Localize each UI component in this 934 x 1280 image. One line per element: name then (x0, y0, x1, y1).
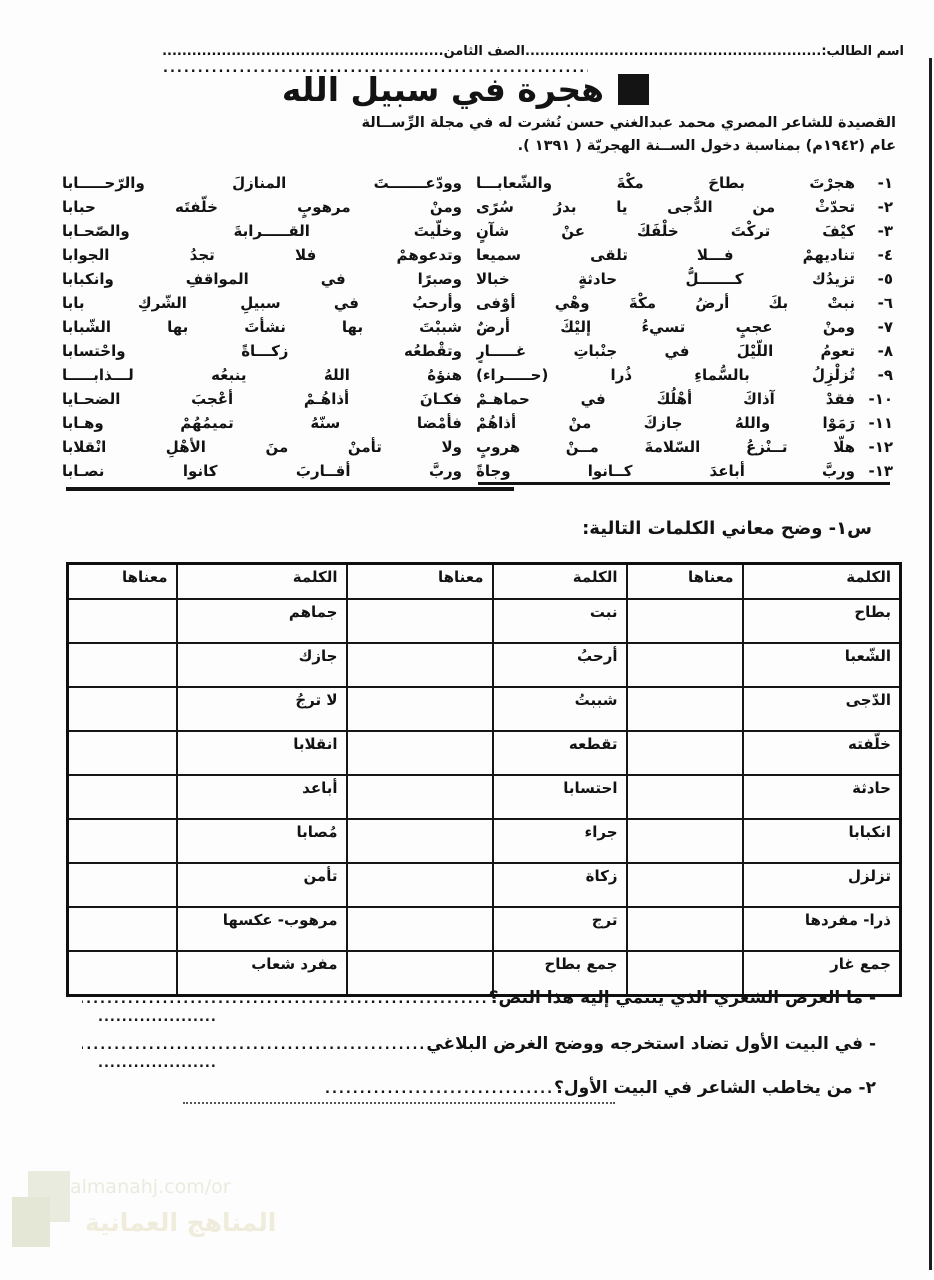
verse-first-half: تزيدُك كـــــــلُّ حادثةٍ خبالا (476, 270, 855, 288)
question-antithesis: - في البيت الأول تضاد استخرجه ووضح الغرض… (82, 1034, 876, 1054)
verse-first-half: كيْفَ تركْتَ خلْفَكَ عنْ شآنٍ (476, 222, 855, 240)
verse-row: وخلّيتَ القـــــرابةَ والصّحـابا (62, 219, 462, 243)
verse-number: ٨- (855, 342, 893, 360)
meaning-cell-empty (627, 687, 743, 731)
meaning-cell-empty (627, 731, 743, 775)
verse-row: ٨-تعومُ اللّيْلَ في جنْباتِ غـــــارٍ (476, 339, 893, 363)
question-poetic-purpose: - ما الغرض الشعري الذي ينتمي إليه هذا ال… (82, 988, 876, 1008)
table-row: تزلزل زكاة تأمن (68, 863, 901, 907)
meaning-cell-empty (347, 687, 493, 731)
verse-row: وربَّ أقــاربَ كانوا نصـابا (62, 459, 462, 483)
word-cell: انقلابا (177, 731, 347, 775)
verse-row: ٦-نبتْ بكَ أرضُ مكْةَ وهْي أوْفى (476, 291, 893, 315)
verse-row: ولا تأمنْ منَ الأهْلِ انْقلابا (62, 435, 462, 459)
verse-row: ١٢-هلّا تــنْزعُ السّلامةَ مــنْ هروبٍ (476, 435, 893, 459)
column-header-word: الكلمة (493, 564, 627, 600)
class-dotted-line: ........................................… (162, 44, 444, 59)
verse-row: ١٣-وربَّ أباعدَ كــانوا وجاةً (476, 459, 893, 483)
verse-row: هنؤهُ اللهُ ينبعُه لـــذابـــــا (62, 363, 462, 387)
table-row: انكبابا جراء مُصابا (68, 819, 901, 863)
verse-row: شببْتَ بها نشأتَ بها الشّبابا (62, 315, 462, 339)
question-text: ٢- من يخاطب الشاعر في البيت الأول؟ (554, 1078, 876, 1098)
word-cell: تقطعه (493, 731, 627, 775)
meaning-cell-empty (347, 907, 493, 951)
word-cell: شببتُ (493, 687, 627, 731)
verse-number: ٧- (855, 318, 893, 336)
verse-second-half: فكـانَ أذاهُـمْ أعْجبَ الضحـايا (62, 390, 462, 408)
verse-second-half: ومنْ مرهوبٍ خلّفتَه حبابا (62, 198, 462, 216)
meaning-cell-empty (68, 731, 177, 775)
table-row: الشّعبا أرحبُ جازك (68, 643, 901, 687)
verse-number: ٣- (855, 222, 893, 240)
verse-first-half: تناديهمْ فـــلا تلقى سميعا (476, 246, 855, 264)
student-name-dotted-line: ........................................… (525, 44, 821, 59)
verse-row: وصبرًا في المواقفِ وانكبابا (62, 267, 462, 291)
column-header-word: الكلمة (743, 564, 901, 600)
meaning-cell-empty (627, 863, 743, 907)
verse-second-half: شببْتَ بها نشأتَ بها الشّبابا (62, 318, 462, 336)
word-cell: جماهم (177, 599, 347, 643)
meaning-cell-empty (347, 731, 493, 775)
word-cell: جازك (177, 643, 347, 687)
verse-row: فكـانَ أذاهُـمْ أعْجبَ الضحـايا (62, 387, 462, 411)
verse-first-half: ومنْ عجبٍ تسيءُ إليْكَ أرضٌ (476, 318, 855, 336)
verse-row: ٥-تزيدُك كـــــــلُّ حادثةٍ خبالا (476, 267, 893, 291)
meaning-cell-empty (347, 819, 493, 863)
poem-first-hemistichs: ١-هجرْتَ بطاحَ مكْةَ والشّعابـــا ٢-تحدّ… (476, 171, 893, 483)
word-cell: احتسابا (493, 775, 627, 819)
verse-row: ٢-تحدّثْ من الدُّجى يا بدرُ سُرًى (476, 195, 893, 219)
verse-first-half: وربَّ أباعدَ كــانوا وجاةً (476, 462, 855, 480)
word-cell: جراء (493, 819, 627, 863)
verse-row: ١٠-فقدْ آذاكَ أهْلُكَ في حماهـمْ (476, 387, 893, 411)
verse-number: ٥- (855, 270, 893, 288)
verse-row: وتقْطعُه زكـــاةً واحْتسابا (62, 339, 462, 363)
answer-dotted-line-continuation: ...................... (98, 1056, 216, 1071)
meaning-cell-empty (627, 819, 743, 863)
word-cell: تأمن (177, 863, 347, 907)
meaning-cell-empty (347, 599, 493, 643)
table-header-row: الكلمة معناها الكلمة معناها الكلمة معناه… (68, 564, 901, 600)
verse-number: ١٣- (855, 462, 893, 480)
verse-second-half: هنؤهُ اللهُ ينبعُه لـــذابـــــا (62, 366, 462, 384)
verse-number: ٩- (855, 366, 893, 384)
student-name-label: اسم الطالب: (821, 44, 904, 59)
verse-second-half: وأرحبُ في سبيلِ الشّركِ بابا (62, 294, 462, 312)
poem-second-hemistichs: وودّعـــــــتَ المنازلَ والرّحـــــابا و… (62, 171, 462, 483)
verse-row: ١١-رَمَوْا واللهُ جازكَ منْ أذاهُمْ (476, 411, 893, 435)
worksheet-page: اسم الطالب:.............................… (0, 0, 934, 1280)
header-fields: اسم الطالب:.............................… (162, 44, 904, 59)
word-cell: بطاح (743, 599, 901, 643)
verse-number: ١٢- (855, 438, 893, 456)
scan-edge-line (929, 58, 932, 1270)
page-title: هجرة في سبيل الله (282, 70, 604, 109)
table-row: حادثة احتسابا أباعد (68, 775, 901, 819)
verse-row: ٩-تُزلْزِلُ بالسُّماءِ ذُرا (حـــــراء) (476, 363, 893, 387)
verse-number: ٤- (855, 246, 893, 264)
meaning-cell-empty (347, 643, 493, 687)
word-cell: ترج (493, 907, 627, 951)
verse-second-half: ولا تأمنْ منَ الأهْلِ انْقلابا (62, 438, 462, 456)
poem-underline-right (478, 482, 890, 485)
verse-first-half: فقدْ آذاكَ أهْلُكَ في حماهـمْ (476, 390, 855, 408)
meaning-cell-empty (627, 599, 743, 643)
verse-second-half: وخلّيتَ القـــــرابةَ والصّحـابا (62, 222, 462, 240)
class-label: الصف الثامن (444, 44, 525, 59)
meaning-cell-empty (68, 643, 177, 687)
word-cell: أباعد (177, 775, 347, 819)
word-cell: نبت (493, 599, 627, 643)
vocabulary-question-label: س١- وضح معاني الكلمات التالية: (582, 518, 872, 539)
table-row: ذرا- مفردها ترج مرهوب- عكسها (68, 907, 901, 951)
word-cell: الشّعبا (743, 643, 901, 687)
answer-dotted-line: ........................................… (82, 992, 489, 1007)
column-header-meaning: معناها (68, 564, 177, 600)
verse-row: ٤-تناديهمْ فـــلا تلقى سميعا (476, 243, 893, 267)
verse-row: وتدعوهمْ فلا تجدُ الجوابا (62, 243, 462, 267)
column-header-meaning: معناها (627, 564, 743, 600)
word-cell: انكبابا (743, 819, 901, 863)
answer-dotted-line: ........................................… (82, 1038, 426, 1053)
meaning-cell-empty (68, 599, 177, 643)
poem-introduction: القصيدة للشاعر المصري محمد عبدالغني حسن … (38, 112, 896, 158)
intro-line-2: عام (١٩٤٢م) بمناسبة دخول الســنة الهجريّ… (38, 135, 896, 158)
verse-first-half: رَمَوْا واللهُ جازكَ منْ أذاهُمْ (476, 414, 855, 432)
verse-row: فأمْضا سنّهُ تميمُهُمْ وهـابا (62, 411, 462, 435)
meaning-cell-empty (627, 907, 743, 951)
verse-second-half: وتدعوهمْ فلا تجدُ الجوابا (62, 246, 462, 264)
table-row: بطاح نبت جماهم (68, 599, 901, 643)
verse-first-half: هلّا تــنْزعُ السّلامةَ مــنْ هروبٍ (476, 438, 855, 456)
meaning-cell-empty (627, 775, 743, 819)
verse-first-half: تعومُ اللّيْلَ في جنْباتِ غـــــارٍ (476, 342, 855, 360)
table-row: الدّجى شببتُ لا ترجُ (68, 687, 901, 731)
verse-row: ٧-ومنْ عجبٍ تسيءُ إليْكَ أرضٌ (476, 315, 893, 339)
verse-number: ١١- (855, 414, 893, 432)
column-header-word: الكلمة (177, 564, 347, 600)
meaning-cell-empty (68, 819, 177, 863)
verse-row: وأرحبُ في سبيلِ الشّركِ بابا (62, 291, 462, 315)
verse-second-half: وربَّ أقــاربَ كانوا نصـابا (62, 462, 462, 480)
verse-row: وودّعـــــــتَ المنازلَ والرّحـــــابا (62, 171, 462, 195)
meaning-cell-empty (68, 907, 177, 951)
question-text: - في البيت الأول تضاد استخرجه ووضح الغرض… (426, 1034, 876, 1054)
almanahj-logo-square-icon (12, 1197, 50, 1247)
verse-number: ٢- (855, 198, 893, 216)
meaning-cell-empty (347, 863, 493, 907)
verse-row: ومنْ مرهوبٍ خلّفتَه حبابا (62, 195, 462, 219)
intro-line-1: القصيدة للشاعر المصري محمد عبدالغني حسن … (38, 112, 896, 135)
question-addressee: ٢- من يخاطب الشاعر في البيت الأول؟ .....… (82, 1078, 876, 1098)
word-cell: مرهوب- عكسها (177, 907, 347, 951)
word-cell: تزلزل (743, 863, 901, 907)
poem-underline-left (66, 487, 514, 491)
meaning-cell-empty (68, 863, 177, 907)
verse-second-half: وصبرًا في المواقفِ وانكبابا (62, 270, 462, 288)
word-cell: أرحبُ (493, 643, 627, 687)
verse-number: ١- (855, 174, 893, 192)
answer-dotted-line-continuation: ...................... (98, 1010, 216, 1025)
table-row: خلّفته تقطعه انقلابا (68, 731, 901, 775)
verse-row: ١-هجرْتَ بطاحَ مكْةَ والشّعابـــا (476, 171, 893, 195)
verse-row: ٣-كيْفَ تركْتَ خلْفَكَ عنْ شآنٍ (476, 219, 893, 243)
answer-dashed-line (183, 1102, 615, 1104)
verse-first-half: هجرْتَ بطاحَ مكْةَ والشّعابـــا (476, 174, 855, 192)
question-text: - ما الغرض الشعري الذي ينتمي إليه هذا ال… (489, 988, 876, 1008)
verse-second-half: فأمْضا سنّهُ تميمُهُمْ وهـابا (62, 414, 462, 432)
verse-first-half: نبتْ بكَ أرضُ مكْةَ وهْي أوْفى (476, 294, 855, 312)
word-cell: زكاة (493, 863, 627, 907)
verse-first-half: تحدّثْ من الدُّجى يا بدرُ سُرًى (476, 198, 855, 216)
word-cell: ذرا- مفردها (743, 907, 901, 951)
meaning-cell-empty (347, 775, 493, 819)
word-cell: مُصابا (177, 819, 347, 863)
black-square-bullet-icon (618, 74, 649, 105)
column-header-meaning: معناها (347, 564, 493, 600)
verse-second-half: وتقْطعُه زكـــاةً واحْتسابا (62, 342, 462, 360)
verse-number: ١٠- (855, 390, 893, 408)
meaning-cell-empty (68, 775, 177, 819)
word-cell: الدّجى (743, 687, 901, 731)
meaning-cell-empty (68, 687, 177, 731)
verse-first-half: تُزلْزِلُ بالسُّماءِ ذُرا (حـــــراء) (476, 366, 855, 384)
verse-number: ٦- (855, 294, 893, 312)
word-cell: خلّفته (743, 731, 901, 775)
word-cell: حادثة (743, 775, 901, 819)
watermark-arabic-text: المناهج العمانية (85, 1208, 276, 1237)
watermark-url: almanahj.com/or (70, 1176, 231, 1198)
word-cell: لا ترجُ (177, 687, 347, 731)
vocabulary-table: الكلمة معناها الكلمة معناها الكلمة معناه… (66, 562, 902, 997)
title-row: هجرة في سبيل الله (282, 70, 649, 109)
verse-second-half: وودّعـــــــتَ المنازلَ والرّحـــــابا (62, 174, 462, 192)
meaning-cell-empty (627, 643, 743, 687)
answer-dotted-line: ................................. (82, 1082, 554, 1097)
